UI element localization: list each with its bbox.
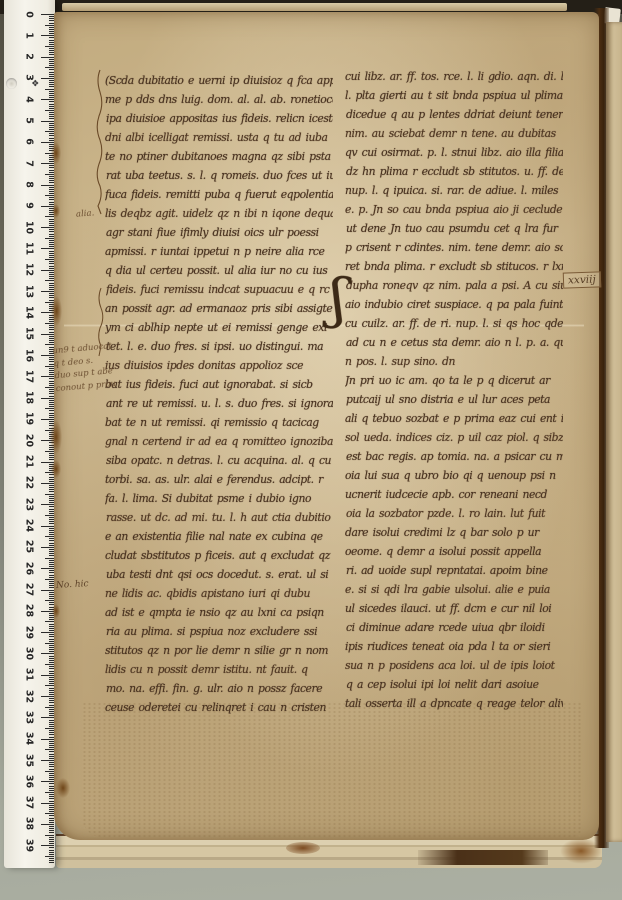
manuscript-text-line: agr stani fiue ifimly diuisi oics ulr po… <box>106 223 333 243</box>
manuscript-text-line: putcaij ul sno distria e ul lur aces pet… <box>346 390 563 410</box>
text-column-left: (Scda dubitatio e uerni ip diuisioz q fc… <box>105 71 333 719</box>
ruler-tick <box>41 185 54 186</box>
ruler-tick <box>49 852 54 853</box>
ruler-tick <box>41 227 54 228</box>
ruler-tick <box>41 675 54 676</box>
ruler-tick <box>45 494 54 495</box>
ruler-tick <box>45 558 54 559</box>
ruler-tick <box>45 387 54 388</box>
margin-note-nota-hic: No. hic <box>56 579 89 591</box>
manuscript-text-line: siba opatc. n detras. l. cu acquina. al.… <box>106 451 333 471</box>
ruler-tick <box>41 526 54 527</box>
ruler-number: 7 <box>24 152 35 174</box>
ruler-tick <box>41 99 54 100</box>
ruler-tick <box>41 781 54 782</box>
ruler-tick <box>45 813 54 814</box>
manuscript-text-line: lidis cu n possit demr istitu. nt fauit.… <box>105 660 333 680</box>
manuscript-text-line: fa. l. lima. Si dubitat psme i dubio ign… <box>105 489 333 509</box>
ruler-tick <box>45 25 54 26</box>
ruler-hole <box>6 78 17 89</box>
ruler-number: 0 <box>24 3 35 25</box>
bottom-edge-stain <box>286 842 320 854</box>
ruler-number: 9 <box>24 195 35 217</box>
ruler-tick <box>49 841 54 842</box>
ruler-tick <box>49 850 54 851</box>
ruler-number: 8 <box>24 174 35 196</box>
manuscript-text-line: dicedue q au p lentes ddriat deiunt tene… <box>346 105 563 125</box>
ruler-tick <box>41 483 54 484</box>
manuscript-text-line: ant re ut remissi. u. l. s. duo fres. si… <box>106 394 333 414</box>
ruler-number: 13 <box>24 280 35 302</box>
ruler-number: 1 <box>24 24 35 46</box>
ruler-number: 38 <box>24 813 35 835</box>
ruler-tick <box>45 600 54 601</box>
ruler-number: 15 <box>24 323 35 345</box>
ruler-number: 32 <box>24 685 35 707</box>
manuscript-text-line: oia la sozbator pzde. l. ro lain. lut fu… <box>346 504 563 524</box>
manuscript-text-line: dz hn plima r eccludt sb stitutos. u. ff… <box>346 162 563 182</box>
ruler-tick <box>45 792 54 793</box>
manuscript-text-line: ut dene Jn tuo cau psumdu cet q lra fur <box>346 219 563 239</box>
edge-stain <box>52 204 60 218</box>
ruler-tick <box>41 717 54 718</box>
ruler-tick <box>45 259 54 260</box>
ruler-tick <box>49 858 54 859</box>
manuscript-text-line: fuca fideis. remitti puba q fuerut eqpol… <box>105 185 333 205</box>
manuscript-text-line: qv cui osirmat. p. l. stnui libz. aio il… <box>345 143 563 163</box>
ruler-tick <box>41 845 54 846</box>
ruler-tick <box>49 862 54 863</box>
manuscript-text-line: Jn pri uo ic am. qo ta le p q dicerut ar <box>345 371 563 391</box>
manuscript-text-line: sua n p posidens aca loi. ul de ipis loi… <box>345 656 563 676</box>
manuscript-text-line: dare isolui credimi lz q bar solo p ur <box>345 523 563 543</box>
manuscript-text-line: ret bnda plima. r excludt sb stitucos. r… <box>345 257 563 277</box>
edge-stain <box>56 778 70 798</box>
ruler-tick <box>45 685 54 686</box>
ruler-tick <box>45 174 54 175</box>
manuscript-text-line: aio indubio ciret suspiace. q pa pala fu… <box>345 295 563 315</box>
manuscript-text-line: ad cu n e cetus sta demr. aio n l. p. a.… <box>346 333 563 353</box>
manuscript-text-line: tali osserta ill a dpncate q reage telor… <box>345 694 563 714</box>
manuscript-text-line: gnal n certend ir ad ea q romitteo ignoz… <box>105 432 333 452</box>
manuscript-text-line: rat uba teetus. s. l. q romeis. duo fces… <box>106 166 333 186</box>
manuscript-text-line: me p dds dns luig. dom. al. al. ab. rone… <box>105 90 333 110</box>
ruler-number: 34 <box>24 728 35 750</box>
manuscript-text-line: torbi. sa. as. ulr. alai e ferendus. adc… <box>105 470 333 490</box>
manuscript-text-line: ucnerit iudcecie apb. cor reneani necd <box>345 485 563 505</box>
ruler-tick <box>41 78 54 79</box>
ruler-tick <box>41 14 54 15</box>
manuscript-text-line: ne lidis ac. qbidis apistano iuri qi dub… <box>105 584 333 604</box>
paraph-initial: ʃ <box>329 274 348 325</box>
ruler-number: 12 <box>24 259 35 281</box>
ruler-number: 20 <box>24 429 35 451</box>
ruler-tick <box>49 854 54 855</box>
ruler-tick <box>41 142 54 143</box>
ruler-tick <box>49 822 54 823</box>
ruler-tick <box>45 856 54 857</box>
ruler-tick <box>41 739 54 740</box>
ruler-tick <box>41 632 54 633</box>
ruler-tick <box>41 504 54 505</box>
ruler-tick <box>41 653 54 654</box>
manuscript-text-line: ali q tebuo sozbat e p prima eaz cui ent… <box>345 409 563 429</box>
ruler-tick <box>49 826 54 827</box>
manuscript-text-line: ius diuisios ipdes donitas appolioz sce <box>105 356 333 376</box>
ruler-tick <box>49 847 54 848</box>
edge-stain <box>51 142 61 164</box>
ruler-tick <box>45 707 54 708</box>
ruler-number: 18 <box>24 387 35 409</box>
ruler-tick <box>41 696 54 697</box>
ruler-tick <box>45 238 54 239</box>
ruler-tick <box>41 57 54 58</box>
ruler-tick <box>41 803 54 804</box>
ruler-tick <box>41 398 54 399</box>
ruler-tick <box>45 131 54 132</box>
manuscript-text-line: cu cuilz. ar. ff. de ri. nup. l. si qs h… <box>345 314 563 334</box>
ruler-number: 16 <box>24 344 35 366</box>
ruler-number: 30 <box>24 642 35 664</box>
ruler-tick <box>45 195 54 196</box>
ruler-tick <box>41 568 54 569</box>
facing-page-edge <box>606 22 622 842</box>
ruler-number: 6 <box>24 131 35 153</box>
ruler-tick <box>45 67 54 68</box>
ruler-tick <box>45 771 54 772</box>
manuscript-text-line: oeome. q demr a isolui possit appella <box>345 542 563 562</box>
ruler-tick <box>41 248 54 249</box>
manuscript-text-line: cui libz. ar. ff. tos. rce. l. li gdio. … <box>345 67 563 86</box>
folio-number: xxviij <box>563 271 601 288</box>
ruler-number: 4 <box>24 88 35 110</box>
manuscript-text-line: cludat sbstitutos p ficeis. aut q exclud… <box>105 546 333 566</box>
ruler-tick <box>49 830 54 831</box>
ruler-number: 39 <box>24 834 35 856</box>
manuscript-text-line: n pos. l. sup sino. dn <box>345 352 563 372</box>
text-column-right: cui libz. ar. ff. tos. rce. l. li gdio. … <box>345 67 563 719</box>
ruler-number: 17 <box>24 365 35 387</box>
ruler-number: 29 <box>24 621 35 643</box>
ruler-tick <box>45 749 54 750</box>
ruler-tick <box>41 35 54 36</box>
ruler-tick <box>41 760 54 761</box>
manuscript-text-line: ipis riudices teneat oia pda l ta or sie… <box>345 637 563 657</box>
ruler-number: 27 <box>24 579 35 601</box>
ruler-tick <box>49 832 54 833</box>
ruler-tick <box>45 728 54 729</box>
ruler-number: 23 <box>24 493 35 515</box>
ruler-tick <box>49 837 54 838</box>
manuscript-text-line: bat te n ut remissi. qi remissio q tacic… <box>105 413 333 433</box>
ruler-number: 21 <box>24 451 35 473</box>
manuscript-text-line: apmissi. r iuntai ippetui n p neire alia… <box>105 242 333 262</box>
ruler-tick <box>41 824 54 825</box>
manuscript-text-line: nim. au sciebat demr n tene. au dubitas <box>345 124 563 144</box>
ruler-number: 28 <box>24 600 35 622</box>
manuscript-text-line: ipa diuisioe appositas ius fideis. relic… <box>106 109 333 129</box>
manuscript-text-line: dni albi icelligat remissi. usta q tu ad… <box>105 128 333 148</box>
manuscript-text-line: stitutos qz n por lie demr n silie gr n … <box>105 641 333 661</box>
ruler-tick <box>41 547 54 548</box>
manuscript-text-line: ad ist e qmpta ie nsio qz au lxni ca psi… <box>105 603 333 623</box>
edge-stain <box>52 604 60 618</box>
parchment-follicle-texture <box>82 702 582 837</box>
ruler-tick <box>45 408 54 409</box>
manuscript-text-line: lis deqbz agit. uidelz qz n ibi n iqone … <box>105 204 333 224</box>
ruler-tick <box>45 835 54 836</box>
ruler-tick <box>49 820 54 821</box>
edge-stain <box>50 420 62 454</box>
ruler-tick <box>41 121 54 122</box>
manuscript-text-line: l. plta gierti au t sit bnda pspiua ul p… <box>345 86 563 106</box>
ruler-tick <box>45 643 54 644</box>
upper-leaf-edge <box>62 3 567 11</box>
ruler-tick <box>41 334 54 335</box>
manuscript-text-line: dupha roneqv qz nim. pala a psi. A cu si… <box>346 276 563 296</box>
ruler-number: 19 <box>24 408 35 430</box>
ruler-number: 33 <box>24 706 35 728</box>
manuscript-text-line: e an existentia filie nal nate ex cubina… <box>105 527 333 547</box>
ruler-tick <box>45 664 54 665</box>
ruler-tick <box>45 110 54 111</box>
ruler-number: 24 <box>24 515 35 537</box>
ruler-tick <box>49 839 54 840</box>
ruler-tick <box>41 376 54 377</box>
ruler-tick <box>41 590 54 591</box>
manuscript-text-line: p crisent r cdintes. nim. tene demr. aio… <box>345 238 563 258</box>
margin-note: un9 t aduocat q t deo s. duo sup t abe c… <box>52 339 132 395</box>
manuscript-text-line: nup. l. q ipuica. si. rar. de adiue. l. … <box>345 181 563 201</box>
margin-gloss-alia: alia. <box>76 208 95 219</box>
ruler-number: 25 <box>24 536 35 558</box>
manuscript-text-line: q a cep isolui ipi loi nelit dari asoiue <box>346 675 563 695</box>
ruler-tick <box>41 419 54 420</box>
ruler-number: 14 <box>24 301 35 323</box>
ruler-number: 10 <box>24 216 35 238</box>
manuscript-text-line: q dia ul certeu possit. ul alia iur no c… <box>105 261 333 281</box>
manuscript-text-line: e. p. Jn so cau bnda pspiua aio ji ceclu… <box>345 200 563 220</box>
ruler: 0123456789101112131415161718192021222324… <box>4 0 55 868</box>
edge-stain <box>51 460 61 478</box>
ruler-tick <box>45 280 54 281</box>
manuscript-text-line: fideis. fuci remissu indcat supuacuu e q… <box>106 280 333 300</box>
ruler-number: 36 <box>24 770 35 792</box>
manuscript-text-line: ria au plima. si pspiua noz excludere ss… <box>106 622 333 642</box>
ruler-tick <box>45 366 54 367</box>
ruler-tick <box>41 163 54 164</box>
manuscript-text-line: ri. ad uoide supl repntatai. apoim bine <box>346 561 563 581</box>
ruler-tick <box>49 843 54 844</box>
manuscript-text-line: ceuse oderetei cu relinqret i cau n cris… <box>105 698 333 718</box>
manuscript-text-line: oia lui sua q ubro bio qi q uenoup psi n <box>345 466 563 486</box>
manuscript-text-line: ci diminue adare rcede uiua qbr iloidi <box>346 618 563 638</box>
manuscript-text-line: est bac regis. ap tomia. na. a psicar cu… <box>346 447 563 467</box>
ruler-tick <box>41 291 54 292</box>
bottom-edge-shadow <box>418 850 548 865</box>
ruler-number: 31 <box>24 664 35 686</box>
manuscript-page: (Scda dubitatio e uerni ip diuisioz q fc… <box>54 12 599 840</box>
ruler-maker-mark-icon: ❖ <box>29 79 39 87</box>
manuscript-text-line: te no ptiner dubitanoes magna qz sibi ps… <box>105 147 333 167</box>
ruler-number: 11 <box>24 237 35 259</box>
manuscript-text-line: e. si si qdi lra gabie ulsolui. alie e p… <box>345 580 563 600</box>
manuscript-text-line: ym ci ablhip nepte ut ei remissi genge e… <box>105 318 333 338</box>
manuscript-text-line: bat ius fideis. fuci aut ignorabat. si s… <box>105 375 333 395</box>
ruler-number: 26 <box>24 557 35 579</box>
manuscript-text-line: ul sicedes ilauci. ut ff. dcm e cur nil … <box>345 599 563 619</box>
ruler-tick <box>45 515 54 516</box>
ruler-number: 35 <box>24 749 35 771</box>
ruler-tick <box>45 536 54 537</box>
ruler-tick <box>45 89 54 90</box>
manuscript-text-line: rasse. ut dc. ad mi. tu. l. h aut ctia d… <box>106 508 333 528</box>
ruler-tick <box>45 621 54 622</box>
ruler-tick <box>45 46 54 47</box>
manuscript-text-line: tet. l. e. duo fres. si ipsi. uo disting… <box>106 337 333 357</box>
manuscript-text-line: uba testi dnt qsi ocs docedut. s. erat. … <box>106 565 333 585</box>
manuscript-text-line: (Scda dubitatio e uerni ip diuisioz q fc… <box>105 71 333 90</box>
ruler-number: 37 <box>24 792 35 814</box>
manuscript-text-line: sol ueda. indices ciz. p uil caz piol. q… <box>345 428 563 448</box>
edge-stain <box>51 296 62 326</box>
ruler-tick <box>49 828 54 829</box>
ruler-tick <box>45 579 54 580</box>
ruler-tick <box>41 270 54 271</box>
ruler-tick <box>49 860 54 861</box>
ruler-tick <box>49 818 54 819</box>
ruler-number: 2 <box>24 46 35 68</box>
ruler-number: 22 <box>24 472 35 494</box>
ruler-number: 5 <box>24 110 35 132</box>
manuscript-text-line: an possit agr. ad ermanaoz pris sibi ass… <box>105 299 333 319</box>
manuscript-text-line: mo. na. effi. fin. g. ulr. aio n possz f… <box>106 679 333 699</box>
